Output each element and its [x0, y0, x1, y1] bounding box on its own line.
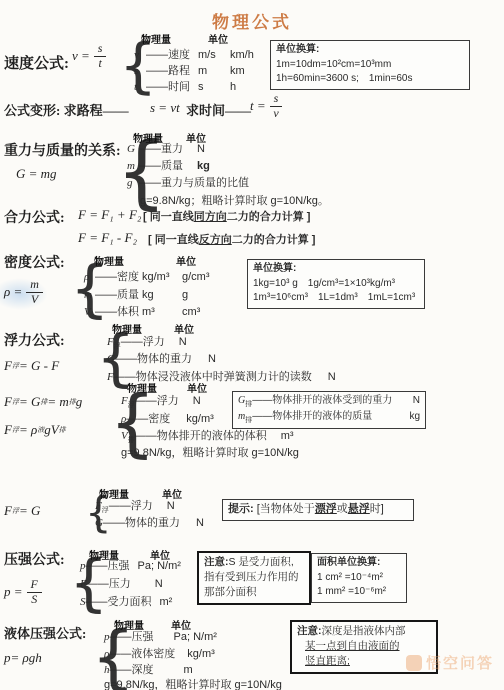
subscript: 浮	[12, 425, 19, 435]
formula-liquid-pressure: p= ρgh	[4, 650, 42, 666]
unit-2: h	[230, 81, 236, 93]
quantity-name: ——质量	[95, 286, 142, 302]
symbol: m	[127, 160, 139, 172]
formula-part: F	[4, 358, 12, 374]
symbol: s	[134, 65, 146, 77]
formula-part: F	[4, 422, 12, 438]
formula-buoyancy-2a: F浮 = G排 = m排g	[4, 394, 82, 410]
unit-1: N	[197, 143, 205, 155]
quantity-name: ——浮力	[121, 336, 165, 348]
symbol: t	[134, 81, 146, 93]
formula-part: = ρ	[19, 422, 37, 438]
hint-underline: 悬浮	[348, 503, 370, 515]
symbol: F	[121, 395, 128, 407]
unit-1: kg/m³	[187, 648, 215, 660]
unit-1: Pa; N/m²	[174, 631, 217, 643]
unit-1: N	[155, 578, 163, 590]
fraction: mV	[26, 278, 43, 307]
subscript: 排	[69, 397, 76, 407]
unit-2: km	[230, 65, 245, 77]
formula-buoyancy-3: F浮 = G	[4, 503, 40, 519]
fraction-den: S	[27, 593, 42, 607]
column-header-unit: 单位	[208, 31, 228, 46]
table-row: s——路程mkm	[134, 62, 245, 78]
quantity-name: ——重力	[139, 140, 197, 156]
table-row: S——受力面积m²	[80, 593, 172, 609]
symbol: g	[127, 177, 139, 189]
hint-text: [当物体处于	[257, 503, 315, 515]
quantity-name: ——压力	[87, 578, 131, 590]
unit-1: m³	[142, 306, 182, 318]
formula-speed: v = st	[72, 42, 106, 71]
table-row: G——物体的重力N	[107, 350, 216, 367]
watermark: 悟空问答	[406, 652, 494, 673]
table-row: m——质量kg	[127, 157, 210, 173]
formula-lhs: ρ =	[4, 284, 22, 300]
fraction-den: V	[26, 293, 43, 307]
symbol: V	[121, 430, 128, 442]
hint-underline: 漂浮	[315, 503, 337, 515]
quantity-name: ——压强	[86, 560, 130, 572]
subscript: 排	[59, 425, 66, 435]
quantity-name: ——重力与质量的比值	[139, 177, 249, 189]
symbol: V	[84, 306, 95, 318]
box-row-left: m排——物体排开的液体的质量	[238, 410, 372, 426]
g-value-note: g=9.8N/kg，粗略计算时取 g=10N/kg	[104, 676, 282, 690]
hint-text: 或	[337, 503, 348, 515]
box-line: 注意:S 是受力面积,	[204, 555, 304, 570]
box-row: G排——物体排开的液体受到的重力 N	[238, 394, 420, 410]
unit-1: m	[184, 664, 193, 676]
note-underline: 同方向	[194, 211, 227, 223]
fraction-den: v	[270, 107, 283, 121]
variant-label-2: 求时间——	[186, 100, 251, 119]
conversion-line: 1 cm² =10⁻⁴m²	[317, 571, 401, 586]
quantity-name: ——深度	[110, 664, 154, 676]
formula-part: = G	[19, 394, 40, 410]
physics-formula-sheet: 物理公式 速度公式: v = st { 物理量 单位 v——速度m/skm/h …	[0, 0, 504, 690]
fraction-num: s	[94, 42, 107, 57]
formula-part: = m	[47, 394, 68, 410]
area-unit-box: 面积单位换算: 1 cm² =10⁻⁴m² 1 mm² =10⁻⁶m²	[311, 553, 407, 603]
formula-resultant-2: F = F₁ - F₂	[78, 230, 137, 246]
table-row: t——时间sh	[134, 78, 236, 94]
table-row: F浮——浮力N	[107, 333, 187, 351]
unit-1: N	[167, 500, 175, 512]
g-value-note: g=9.8N/kg，粗略计算时取 g=10N/kg	[121, 444, 299, 460]
formula-part: gV	[44, 422, 58, 438]
table-row: G——重力N	[127, 140, 205, 156]
unit-1: m/s	[198, 49, 230, 61]
note-text: [ 同一直线	[143, 211, 194, 223]
quantity-name: ——压强	[110, 631, 154, 643]
formula-resultant-1: F = F₁ + F₂	[78, 207, 141, 223]
section-label-gravity: 重力与质量的关系:	[4, 140, 121, 160]
box-row: m排——物体排开的液体的质量 kg	[238, 410, 420, 426]
unit-1: kg	[409, 410, 420, 426]
page-title: 物理公式	[0, 8, 504, 33]
table-row: F浮——浮力N	[121, 392, 201, 410]
g-value-note: g=9.8N/kg；粗略计算时取 g=10N/kg。	[140, 192, 329, 208]
section-label-speed: 速度公式:	[4, 52, 69, 73]
section-label-buoyancy: 浮力公式:	[4, 330, 65, 350]
fraction-num: m	[26, 278, 43, 293]
table-row: m——质量kgg	[84, 286, 188, 302]
formula-lhs: t =	[250, 98, 266, 114]
watermark-logo-icon	[406, 655, 422, 671]
section-label-liquid-pressure: 液体压强公式:	[4, 623, 86, 642]
unit-1: N	[179, 336, 187, 348]
formula-part: F	[4, 394, 12, 410]
quantity-name: ——物体的重力	[103, 517, 180, 529]
table-row: v——速度m/skm/h	[134, 46, 254, 62]
symbol: v	[134, 49, 146, 61]
formula-buoyancy-1: F浮 = G - F	[4, 358, 59, 374]
symbol: m	[84, 289, 95, 301]
table-row: ρ——密度kg/m³	[121, 410, 214, 427]
box-title: 注意:	[297, 625, 322, 637]
note-text: S 是受力面积,	[229, 556, 294, 568]
note-text: 那部分面积	[204, 585, 304, 600]
note-underline: 反方向	[199, 234, 232, 246]
table-row: p——压强Pa; N/m²	[80, 557, 181, 573]
quantity-name: ——液体密度	[109, 648, 175, 660]
watermark-text: 悟空问答	[426, 652, 494, 673]
unit-1: kg	[197, 160, 210, 172]
formula-part: = G - F	[19, 358, 59, 374]
table-row: h——深度m	[104, 661, 193, 677]
quantity-name: ——体积	[95, 303, 142, 319]
subscript: 浮	[12, 397, 19, 407]
fraction: sv	[270, 92, 283, 121]
note-text: 深度是指液体内部	[322, 625, 406, 637]
box-title: 提示:	[228, 503, 254, 515]
conversion-line: 1m³=10⁶cm³ 1L=1dm³ 1mL=1cm³	[253, 291, 419, 306]
section-label-density: 密度公式:	[4, 252, 65, 272]
unit-1: m	[198, 65, 230, 77]
box-title: 面积单位换算:	[317, 556, 401, 571]
subscript: 浮	[12, 361, 19, 371]
conversion-line: 1kg=10³ g 1g/cm³=1×10³kg/m³	[253, 277, 419, 292]
conversion-line: 1h=60min=3600 s; 1min=60s	[276, 72, 464, 87]
unit-1: kg/m³	[142, 271, 182, 283]
section-label-resultant: 合力公式:	[4, 207, 65, 227]
formula-distance: s = vt	[150, 100, 180, 116]
fraction-num: s	[270, 92, 283, 107]
section-label-pressure: 压强公式:	[4, 549, 65, 569]
fraction-num: F	[27, 578, 42, 593]
subscript: 浮	[12, 506, 19, 516]
column-header-unit: 单位	[176, 253, 196, 268]
quantity-name: ——物体的重力	[115, 353, 192, 365]
table-row: ρ——液体密度kg/m³	[104, 645, 215, 661]
conversion-line: 1m=10dm=10²cm=10³mm	[276, 58, 464, 73]
unit-2: g	[182, 289, 188, 301]
unit-1: m³	[281, 430, 294, 442]
subscript: 排	[40, 397, 47, 407]
fraction: st	[94, 42, 107, 71]
formula-lhs: v =	[72, 48, 90, 64]
quantity-name: ——物体排开的液体受到的重力	[252, 395, 392, 406]
unit-1: Pa; N/m²	[138, 560, 181, 572]
note-text: 二力的合力计算 ]	[227, 211, 311, 223]
unit-conversion-box-density: 单位换算: 1kg=10³ g 1g/cm³=1×10³kg/m³ 1m³=10…	[247, 259, 425, 309]
resultant-note-1: [ 同一直线同方向二力的合力计算 ]	[143, 208, 310, 224]
unit-1: N	[328, 371, 336, 383]
quantity-name: ——时间	[146, 78, 198, 94]
unit-1: N	[208, 353, 216, 365]
quantity-name: ——路程	[146, 62, 198, 78]
variant-label: 公式变形: 求路程——	[4, 100, 129, 119]
quantity-name: ——受力面积	[86, 596, 152, 608]
symbol: F	[80, 578, 87, 590]
box-title: 单位换算:	[276, 43, 464, 58]
unit-2: km/h	[230, 49, 254, 61]
quantity-name: ——密度	[126, 413, 170, 425]
quantity-name: ——物体排开的液体的质量	[252, 411, 372, 422]
quantity-name: ——密度	[95, 268, 142, 284]
table-row: G——物体的重力N	[95, 514, 204, 531]
unit-conversion-box-speed: 单位换算: 1m=10dm=10²cm=10³mm 1h=60min=3600 …	[270, 40, 470, 90]
resultant-note-2: [ 同一直线反方向二力的合力计算 ]	[148, 231, 315, 247]
symbol: G	[127, 143, 139, 155]
table-row: F——压力N	[80, 575, 163, 591]
symbol: F	[107, 336, 114, 348]
formula-buoyancy-2b: F浮 = ρ液gV排	[4, 422, 66, 438]
displaced-liquid-box: G排——物体排开的液体受到的重力 N m排——物体排开的液体的质量 kg	[232, 391, 426, 429]
unit-1: s	[198, 81, 230, 93]
formula-pressure: p = FS	[4, 578, 42, 607]
quantity-name: ——浮力	[109, 500, 153, 512]
formula-part: = G	[19, 503, 40, 519]
unit-2: g/cm³	[182, 271, 210, 283]
unit-1: kg/m³	[186, 413, 214, 425]
hint-text: 时]	[370, 503, 384, 515]
quantity-name: ——速度	[146, 46, 198, 62]
subscript: 浮	[128, 402, 135, 409]
unit-1: N	[193, 395, 201, 407]
column-header-quantity: 物理量	[94, 253, 124, 268]
quantity-name: ——浮力	[135, 395, 179, 407]
formula-density: ρ = mV	[4, 278, 43, 307]
symbol: F	[95, 500, 102, 512]
quantity-name: ——物体排开的液体的体积	[135, 430, 267, 442]
subscript: 液	[37, 425, 44, 435]
note-text: 二力的合力计算 ]	[232, 234, 316, 246]
fraction-den: t	[94, 57, 107, 71]
quantity-name: ——质量	[139, 157, 197, 173]
unit-1: kg	[142, 289, 182, 301]
table-row: V排——物体排开的液体的体积m³	[121, 427, 294, 445]
table-row: p——压强Pa; N/m²	[104, 628, 217, 644]
unit-2: cm³	[182, 306, 200, 318]
table-row: F浮——浮力N	[95, 497, 175, 515]
unit-1: N	[196, 517, 204, 529]
formula-part: F	[4, 503, 12, 519]
attention-box-pressure: 注意:S 是受力面积, 指有受到压力作用的 那部分面积	[197, 551, 311, 605]
unit-1: N	[413, 394, 420, 410]
box-title: 单位换算:	[253, 262, 419, 277]
formula-part: g	[76, 394, 83, 410]
formula-lhs: p =	[4, 584, 23, 600]
table-row: g——重力与质量的比值	[127, 174, 249, 190]
box-row-left: G排——物体排开的液体受到的重力	[238, 394, 392, 410]
hint-box: 提示: [当物体处于漂浮或悬浮时]	[222, 499, 414, 521]
table-row: V——体积m³cm³	[84, 303, 200, 319]
column-header-quantity: 物理量	[141, 31, 171, 46]
symbol: G	[107, 353, 115, 365]
table-row: ρ——密度kg/m³g/cm³	[84, 268, 210, 284]
fraction: FS	[27, 578, 42, 607]
formula-gravity: G = mg	[16, 166, 57, 182]
note-text: [ 同一直线	[148, 234, 199, 246]
formula-time: t = sv	[250, 92, 282, 121]
note-text: 指有受到压力作用的	[204, 570, 304, 585]
symbol: G	[95, 517, 103, 529]
symbol: ρ	[84, 271, 95, 283]
box-line: 注意:深度是指液体内部	[297, 624, 431, 639]
conversion-line: 1 mm² =10⁻⁶m²	[317, 585, 401, 600]
box-title: 注意:	[204, 556, 229, 568]
unit-1: m²	[160, 596, 173, 608]
